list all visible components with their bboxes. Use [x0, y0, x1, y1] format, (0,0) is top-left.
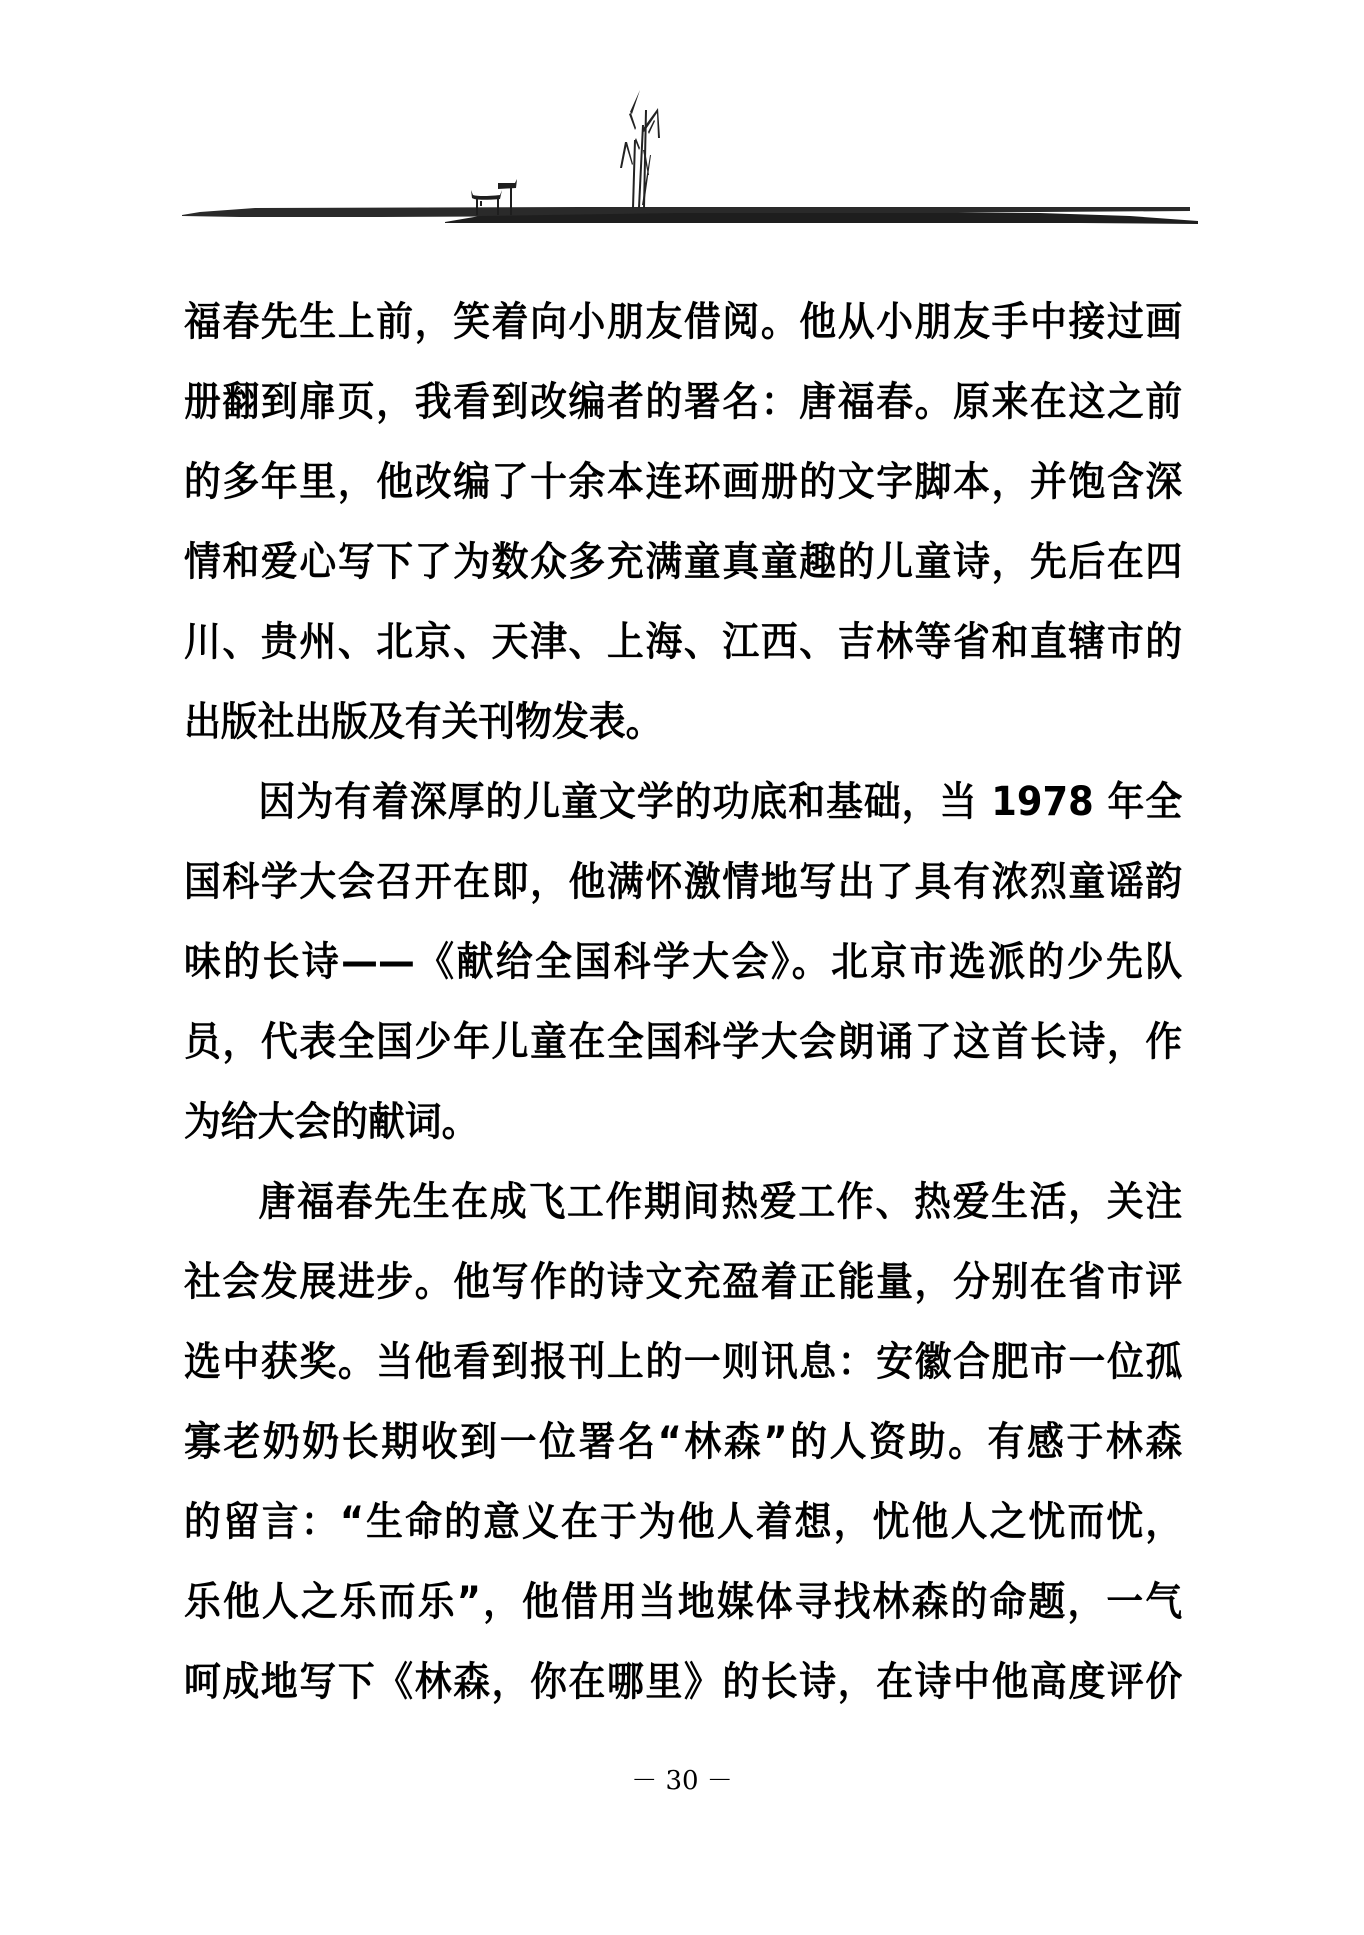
text-line: 员，代表全国少年儿童在全国科学大会朗诵了这首长诗，作 [184, 1002, 1182, 1082]
text-line: 因为有着深厚的儿童文学的功底和基础，当 1978 年全 [184, 762, 1182, 842]
text-line: 寡老奶奶长期收到一位署名“林森”的人资助。有感于林森 [184, 1402, 1182, 1482]
text-line: 情和爱心写下了为数众多充满童真童趣的儿童诗，先后在四 [184, 522, 1182, 602]
text-line: 选中获奖。当他看到报刊上的一则讯息：安徽合肥市一位孤 [184, 1322, 1182, 1402]
header-ornament [180, 80, 1200, 240]
paragraph-2: 因为有着深厚的儿童文学的功底和基础，当 1978 年全 国科学大会召开在即，他满… [184, 762, 1182, 1162]
page-number: － 30 － [0, 1760, 1364, 1797]
text-line: 乐他人之乐而乐”，他借用当地媒体寻找林森的命题，一气 [184, 1562, 1182, 1642]
text-line: 册翻到扉页，我看到改编者的署名：唐福春。原来在这之前 [184, 362, 1182, 442]
ink-landscape-pavilion-bamboo-icon [180, 80, 1200, 240]
text-line: 社会发展进步。他写作的诗文充盈着正能量，分别在省市评 [184, 1242, 1182, 1322]
paragraph-3: 唐福春先生在成飞工作期间热爱工作、热爱生活，关注 社会发展进步。他写作的诗文充盈… [184, 1162, 1182, 1722]
paragraph-1: 福春先生上前，笑着向小朋友借阅。他从小朋友手中接过画 册翻到扉页，我看到改编者的… [184, 282, 1182, 762]
text-line: 为给大会的献词。 [184, 1082, 1182, 1162]
text-line: 福春先生上前，笑着向小朋友借阅。他从小朋友手中接过画 [184, 282, 1182, 362]
text-line: 川、贵州、北京、天津、上海、江西、吉林等省和直辖市的 [184, 602, 1182, 682]
text-line: 唐福春先生在成飞工作期间热爱工作、热爱生活，关注 [184, 1162, 1182, 1242]
text-line: 出版社出版及有关刊物发表。 [184, 682, 1182, 762]
text-line: 国科学大会召开在即，他满怀激情地写出了具有浓烈童谣韵 [184, 842, 1182, 922]
article-body: 福春先生上前，笑着向小朋友借阅。他从小朋友手中接过画 册翻到扉页，我看到改编者的… [184, 282, 1182, 1722]
text-line: 的多年里，他改编了十余本连环画册的文字脚本，并饱含深 [184, 442, 1182, 522]
text-line: 味的长诗——《献给全国科学大会》。北京市选派的少先队 [184, 922, 1182, 1002]
text-line: 的留言：“生命的意义在于为他人着想，忧他人之忧而忧， [184, 1482, 1182, 1562]
text-line: 呵成地写下《林森，你在哪里》的长诗，在诗中他高度评价 [184, 1642, 1182, 1722]
